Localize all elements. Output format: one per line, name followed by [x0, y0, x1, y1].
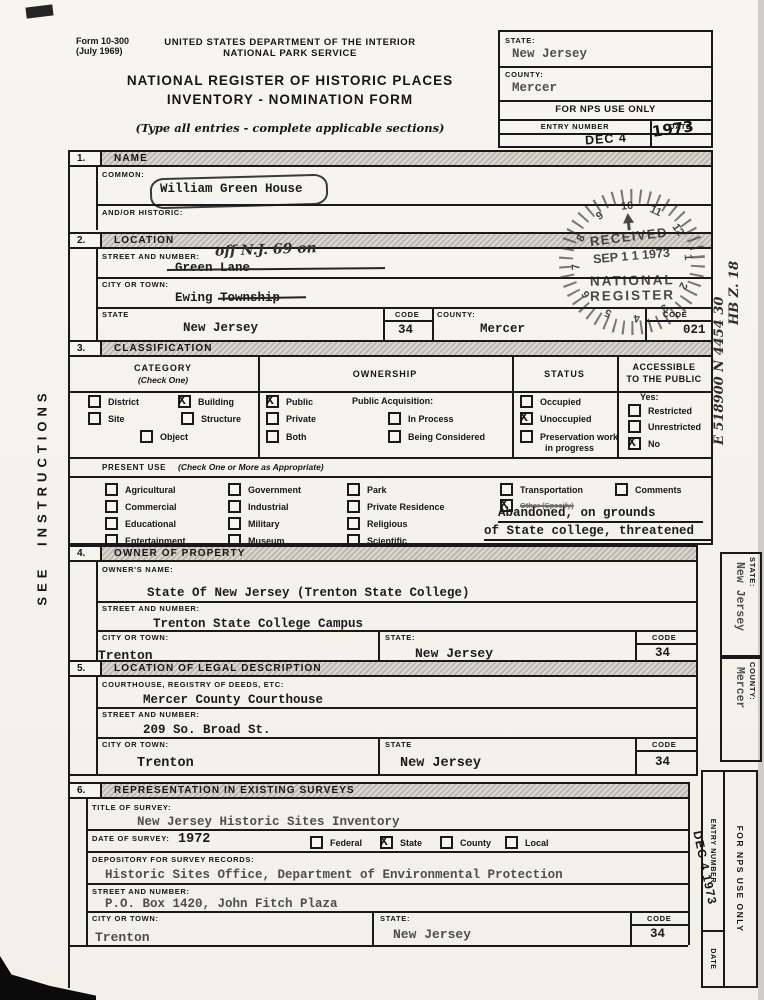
survey-code-value: 34: [650, 927, 665, 941]
owner-street-label: STREET AND NUMBER:: [102, 604, 200, 613]
scan-mark-bottom-left: [0, 956, 96, 1000]
military-checkbox: [228, 517, 241, 530]
sidebar-county-rotated: COUNTY: Mercer: [722, 659, 760, 760]
section-4-number: 4.: [70, 547, 102, 560]
military-label: Military: [248, 519, 280, 529]
checkbox-in-process: In Process: [388, 412, 454, 425]
section-6-bar: 6. REPRESENTATION IN EXISTING SURVEYS: [68, 782, 690, 799]
object-checkbox: [140, 430, 153, 443]
state-code-label: CODE: [395, 310, 419, 319]
section-2-title: LOCATION: [102, 234, 174, 247]
statebox-state-label: STATE:: [505, 36, 535, 45]
nps-outer-label: FOR NPS USE ONLY: [725, 772, 756, 986]
structure-label: Structure: [201, 414, 241, 424]
religious-label: Religious: [367, 519, 408, 529]
see-instructions-note: SEE INSTRUCTIONS: [35, 330, 51, 665]
both-label: Both: [286, 432, 307, 442]
courthouse-value: Mercer County Courthouse: [143, 693, 323, 707]
building-label: Building: [198, 397, 234, 407]
site-checkbox: [88, 412, 101, 425]
unrestricted-label: Unrestricted: [648, 422, 701, 432]
handwritten-line-2: HB Z. 18: [727, 145, 742, 445]
section-3-title: CLASSIFICATION: [102, 342, 213, 355]
educational-label: Educational: [125, 519, 176, 529]
section-5-bar: 5. LOCATION OF LEGAL DESCRIPTION: [68, 660, 698, 677]
sidebar-county-value: Mercer: [733, 667, 746, 708]
sidebar-county-box: COUNTY: Mercer: [720, 657, 762, 762]
survey-state-value: New Jersey: [393, 927, 471, 942]
city-part: Ewing: [175, 291, 220, 305]
checkbox-preservation: Preservation work: [520, 430, 618, 443]
section-3-number: 3.: [70, 342, 102, 355]
section-1-bar: 1. NAME: [68, 150, 713, 167]
section-5-number: 5.: [70, 662, 102, 675]
department-line1: UNITED STATES DEPARTMENT OF THE INTERIOR: [90, 37, 490, 48]
stamp-dial-7: 7: [570, 263, 582, 270]
unrestricted-checkbox: [628, 420, 641, 433]
scan-mark-top-left: [25, 4, 53, 18]
street-handwritten-value: off N.J. 69 on: [215, 240, 317, 260]
comments-label: Comments: [635, 485, 682, 495]
unoccupied-label: Unoccupied: [540, 414, 592, 424]
sidebar-state-rotated: STATE: New Jersey: [722, 554, 760, 655]
stamp-dial-1: 1: [682, 254, 694, 261]
park-checkbox: [347, 483, 360, 496]
stamp-dial-10: 10: [620, 200, 633, 213]
checkbox-private-residence: Private Residence: [347, 500, 445, 513]
common-name-label: COMMON:: [102, 170, 144, 179]
courthouse-label: COURTHOUSE, REGISTRY OF DEEDS, ETC:: [102, 680, 284, 689]
stamp-dial-12: 12: [669, 221, 686, 238]
statebox-county-label: COUNTY:: [505, 70, 544, 79]
stamp-date-text: SEP 1 1 1973: [593, 246, 671, 267]
depository-label: DEPOSITORY FOR SURVEY RECORDS:: [92, 855, 254, 864]
survey-title-value: New Jersey Historic Sites Inventory: [137, 815, 400, 829]
checkbox-unoccupied: Unoccupied: [520, 412, 592, 425]
statebox-state-value: New Jersey: [512, 47, 587, 61]
local-level-label: Local: [525, 838, 549, 848]
checkbox-object: Object: [140, 430, 188, 443]
county-label: COUNTY:: [437, 310, 476, 319]
survey-code-label: CODE: [647, 914, 671, 923]
section-5-title: LOCATION OF LEGAL DESCRIPTION: [102, 662, 322, 675]
checkbox-agricultural: Agricultural: [105, 483, 176, 496]
industrial-checkbox: [228, 500, 241, 513]
received-stamp: 5 6 7 8 9 10 11 12 1 2 3 4 RECEIVED SEP …: [542, 172, 722, 352]
comments-checkbox: [615, 483, 628, 496]
survey-title-label: TITLE OF SURVEY:: [92, 803, 171, 812]
checkbox-no: No: [628, 437, 660, 450]
checkbox-public: Public: [266, 395, 313, 408]
checkbox-local-level: Local: [505, 836, 549, 849]
city-town-label: CITY OR TOWN:: [102, 280, 169, 289]
stamp-dial-9: 9: [594, 209, 606, 222]
county-level-label: County: [460, 838, 491, 848]
in-process-checkbox: [388, 412, 401, 425]
industrial-label: Industrial: [248, 502, 289, 512]
sidebar-state-label: STATE:: [748, 557, 757, 587]
form-title-line2: INVENTORY - NOMINATION FORM: [90, 90, 490, 109]
section-4-title: OWNER OF PROPERTY: [102, 547, 245, 560]
owner-state-label: STATE:: [385, 633, 415, 642]
no-label: No: [648, 439, 660, 449]
statebox-county-value: Mercer: [512, 81, 557, 95]
preservation-label-line2: in progress: [545, 443, 594, 453]
educational-checkbox: [105, 517, 118, 530]
checkbox-state-level: State: [380, 836, 422, 849]
checkbox-comments: Comments: [615, 483, 682, 496]
section-2-number: 2.: [70, 234, 102, 247]
state-code-value: 34: [398, 323, 413, 337]
county-level-checkbox: [440, 836, 453, 849]
survey-city-label: CITY OR TOWN:: [92, 914, 159, 923]
commercial-checkbox: [105, 500, 118, 513]
present-use-sublabel: (Check One or More as Appropriate): [178, 462, 324, 472]
stamp-dial-3: 3: [658, 301, 670, 314]
owner-code-value: 34: [655, 646, 670, 660]
checkbox-being-considered: Being Considered: [388, 430, 485, 443]
depository-value: Historic Sites Office, Department of Env…: [105, 868, 563, 882]
checkbox-restricted: Restricted: [628, 404, 692, 417]
owner-code-label: CODE: [652, 633, 676, 642]
entry-date-stamp: DEC 4: [585, 131, 628, 148]
transportation-checkbox: [500, 483, 513, 496]
accessible-yes-label: Yes:: [640, 392, 659, 402]
checkbox-industrial: Industrial: [228, 500, 289, 513]
nps-date-cell: DATE: [703, 932, 723, 986]
public-label: Public: [286, 397, 313, 407]
survey-street-value: P.O. Box 1420, John Fitch Plaza: [105, 897, 338, 911]
owner-city-label: CITY OR TOWN:: [102, 633, 169, 642]
checkbox-structure: Structure: [181, 412, 241, 425]
other-value-line1: Abandoned, on grounds: [498, 506, 703, 523]
private-label: Private: [286, 414, 316, 424]
checkbox-religious: Religious: [347, 517, 408, 530]
checkbox-commercial: Commercial: [105, 500, 177, 513]
federal-checkbox: [310, 836, 323, 849]
legal-state-value: New Jersey: [400, 756, 481, 771]
site-label: Site: [108, 414, 125, 424]
historic-name-label: AND/OR HISTORIC:: [102, 208, 183, 217]
checkbox-educational: Educational: [105, 517, 176, 530]
survey-date-value: 1972: [178, 832, 210, 847]
scan-edge-right: [758, 0, 764, 1000]
sidebar-state-box: STATE: New Jersey: [720, 552, 762, 657]
no-checkbox: [628, 437, 641, 450]
entry-number-label: ENTRY NUMBER: [500, 122, 650, 131]
unoccupied-checkbox: [520, 412, 533, 425]
transportation-label: Transportation: [520, 485, 583, 495]
owner-name-value: State Of New Jersey (Trenton State Colle…: [147, 586, 470, 600]
category-header: CATEGORY: [68, 363, 258, 373]
stamp-dial-8: 8: [575, 233, 588, 244]
being-considered-label: Being Considered: [408, 432, 485, 442]
occupied-label: Occupied: [540, 397, 581, 407]
legal-city-value: Trenton: [137, 756, 194, 771]
nps-date-label: DATE: [703, 932, 723, 986]
restricted-label: Restricted: [648, 406, 692, 416]
private-residence-checkbox: [347, 500, 360, 513]
stamp-register-text: REGISTER: [590, 287, 675, 303]
form-title-line1: NATIONAL REGISTER OF HISTORIC PLACES: [90, 71, 490, 90]
status-header: STATUS: [512, 369, 617, 379]
restricted-checkbox: [628, 404, 641, 417]
checkbox-military: Military: [228, 517, 280, 530]
government-label: Government: [248, 485, 301, 495]
checkbox-park: Park: [347, 483, 387, 496]
both-checkbox: [266, 430, 279, 443]
religious-checkbox: [347, 517, 360, 530]
section-6-title: REPRESENTATION IN EXISTING SURVEYS: [102, 784, 355, 797]
present-use-label: PRESENT USE: [102, 463, 166, 472]
checkbox-government: Government: [228, 483, 301, 496]
agricultural-checkbox: [105, 483, 118, 496]
park-label: Park: [367, 485, 387, 495]
occupied-checkbox: [520, 395, 533, 408]
sidebar-state-value: New Jersey: [733, 562, 746, 631]
government-checkbox: [228, 483, 241, 496]
district-label: District: [108, 397, 139, 407]
section-6-number: 6.: [70, 784, 102, 797]
checkbox-unrestricted: Unrestricted: [628, 420, 701, 433]
accessible-header-line2: TO THE PUBLIC: [617, 374, 711, 384]
local-level-checkbox: [505, 836, 518, 849]
commercial-label: Commercial: [125, 502, 177, 512]
public-checkbox: [266, 395, 279, 408]
accessible-header-line1: ACCESSIBLE: [617, 362, 711, 372]
owner-name-label: OWNER'S NAME:: [102, 565, 173, 574]
checkbox-occupied: Occupied: [520, 395, 581, 408]
legal-street-value: 209 So. Broad St.: [143, 723, 271, 737]
survey-state-label: STATE:: [380, 914, 410, 923]
stamp-dial-11: 11: [648, 203, 664, 219]
department-line2: NATIONAL PARK SERVICE: [90, 48, 490, 59]
checkbox-transportation: Transportation: [500, 483, 583, 496]
checkbox-building: Building: [178, 395, 234, 408]
being-considered-checkbox: [388, 430, 401, 443]
state-value: New Jersey: [183, 321, 258, 335]
preservation-checkbox: [520, 430, 533, 443]
section-4-bar: 4. OWNER OF PROPERTY: [68, 545, 698, 562]
legal-city-label: CITY OR TOWN:: [102, 740, 169, 749]
agricultural-label: Agricultural: [125, 485, 176, 495]
stamp-national-text: NATIONAL: [590, 272, 675, 288]
federal-label: Federal: [330, 838, 362, 848]
stamp-dial-4: 4: [632, 312, 640, 325]
other-value-line2: of State college, threatened: [484, 524, 712, 541]
preservation-label: Preservation work: [540, 432, 618, 442]
stamp-dial-2: 2: [676, 280, 689, 291]
nomination-form-page: SEE INSTRUCTIONS E 518900 N 4454 30 HB Z…: [0, 0, 764, 1000]
category-subheader: (Check One): [68, 375, 258, 385]
county-value: Mercer: [480, 322, 525, 336]
nps-outer-cell: FOR NPS USE ONLY: [725, 772, 756, 986]
department-heading: UNITED STATES DEPARTMENT OF THE INTERIOR…: [90, 37, 490, 59]
nps-use-only-label: FOR NPS USE ONLY: [500, 104, 711, 115]
checkbox-private: Private: [266, 412, 316, 425]
checkbox-site: Site: [88, 412, 125, 425]
state-label: STATE: [102, 310, 129, 319]
survey-city-value: Trenton: [95, 930, 150, 945]
private-checkbox: [266, 412, 279, 425]
ownership-header: OWNERSHIP: [258, 369, 512, 379]
survey-date-label: DATE OF SURVEY:: [92, 834, 170, 843]
stamp-dial-5: 5: [603, 306, 614, 319]
state-level-label: State: [400, 838, 422, 848]
form-title: NATIONAL REGISTER OF HISTORIC PLACES INV…: [90, 71, 490, 109]
in-process-label: In Process: [408, 414, 454, 424]
section-1-title: NAME: [102, 152, 148, 165]
legal-code-label: CODE: [652, 740, 676, 749]
checkbox-county-level: County: [440, 836, 491, 849]
state-county-box: STATE: New Jersey COUNTY: Mercer FOR NPS…: [498, 30, 713, 148]
district-checkbox: [88, 395, 101, 408]
survey-street-label: STREET AND NUMBER:: [92, 887, 190, 896]
building-checkbox: [178, 395, 191, 408]
checkbox-district: District: [88, 395, 139, 408]
checkbox-both: Both: [266, 430, 307, 443]
type-instruction: (Type all entries - complete applicable …: [90, 121, 490, 135]
legal-state-label: STATE: [385, 740, 412, 749]
owner-state-value: New Jersey: [415, 646, 493, 661]
sidebar-county-label: COUNTY:: [748, 662, 757, 701]
section-1-number: 1.: [70, 152, 102, 165]
private-residence-label: Private Residence: [367, 502, 445, 512]
legal-street-label: STREET AND NUMBER:: [102, 710, 200, 719]
structure-checkbox: [181, 412, 194, 425]
state-level-checkbox: [380, 836, 393, 849]
legal-code-value: 34: [655, 755, 670, 769]
public-acquisition-label: Public Acquisition:: [352, 396, 433, 406]
checkbox-federal: Federal: [310, 836, 362, 849]
street-number-label: STREET AND NUMBER:: [102, 252, 200, 261]
owner-street-value: Trenton State College Campus: [153, 617, 363, 631]
object-label: Object: [160, 432, 188, 442]
